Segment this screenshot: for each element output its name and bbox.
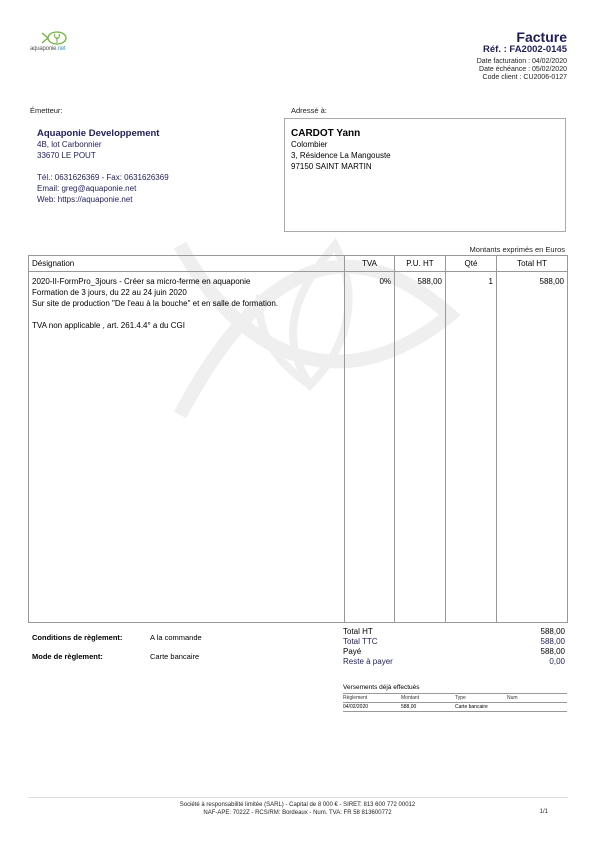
total-value: 588,00 [541,637,565,647]
sender-phone: Tél.: 0631626369 - Fax: 0631626369 [37,172,169,183]
footer-line1: Société à responsabilité limitée (SARL) … [0,801,595,809]
line-unit-price: 588,00 [395,272,446,623]
total-value: 588,00 [541,627,565,637]
line-tva: 0% [345,272,395,623]
due-date: Date échéance : 05/02/2020 [477,66,567,74]
currency-note: Montants exprimés en Euros [470,245,565,254]
recipient-line1: Colombier [291,139,391,150]
table-row: 2020-II-FormPro_3jours - Créer sa micro-… [29,272,568,623]
sender-block: Aquaponie Developpement 4B, lot Carbonni… [37,128,169,205]
remaining-row: Reste à payer0,00 [343,657,565,667]
payments-title: Versements déjà effectués [343,684,567,691]
total-label: Total HT [343,627,373,637]
logo-tld: .net [56,46,65,52]
totals-block: Total HT588,00 Total TTC588,00 Payé588,0… [343,627,565,667]
invoice-meta: Date facturation : 04/02/2020 Date échéa… [477,58,567,83]
sender-web: Web: https://aquaponie.net [37,194,169,205]
invoice-reference: Réf. : FA2002-0145 [483,44,567,55]
recipient-label: Adressé à: [291,106,327,115]
payment-type: Carte bancaire [455,703,507,712]
recipient-block: CARDOT Yann Colombier 3, Résidence La Ma… [291,128,391,172]
line-designation: 2020-II-FormPro_3jours - Créer sa micro-… [29,272,345,623]
paid-row: Payé588,00 [343,647,565,657]
table-header-row: Désignation TVA P.U. HT Qté Total HT [29,256,568,272]
payment-terms-value: A la commande [150,633,202,642]
total-label: Reste à payer [343,657,393,667]
payments-header-row: Règlement Montant Type Num [343,694,567,703]
designation-line: 2020-II-FormPro_3jours - Créer sa micro-… [32,276,341,287]
total-ttc-row: Total TTC588,00 [343,637,565,647]
col-total-ht: Total HT [497,256,568,272]
sender-label: Émetteur: [30,106,63,115]
line-total-ht: 588,00 [497,272,568,623]
document-title: Facture [516,29,567,45]
payment-terms-label: Conditions de règlement: [32,628,150,647]
payments-col-amount: Montant [401,694,455,703]
footer-legal: Société à responsabilité limitée (SARL) … [0,801,595,817]
recipient-name: CARDOT Yann [291,128,391,139]
client-code: Code client : CU2006-0127 [477,74,567,82]
sender-name: Aquaponie Developpement [37,128,169,139]
invoice-lines-table: Désignation TVA P.U. HT Qté Total HT 202… [28,255,568,623]
payments-col-date: Règlement [343,694,401,703]
payment-num [507,703,567,712]
invoice-date: Date facturation : 04/02/2020 [477,58,567,66]
col-tva: TVA [345,256,395,272]
payments-col-type: Type [455,694,507,703]
payments-col-num: Num [507,694,567,703]
total-value: 0,00 [549,657,565,667]
payment-amount: 588,00 [401,703,455,712]
sender-address1: 4B, lot Carbonnier [37,139,169,150]
designation-line: Sur site de production "De l'eau à la bo… [32,298,341,309]
payment-date: 04/02/2020 [343,703,401,712]
payments-block: Versements déjà effectués Règlement Mont… [343,684,567,712]
logo-text: aquaponie [30,46,56,52]
payments-table: Règlement Montant Type Num 04/02/2020 58… [343,693,567,712]
payment-conditions: Conditions de règlement:A la commande Mo… [32,628,202,666]
page-number: 1/1 [540,809,548,815]
recipient-line3: 97150 SAINT MARTIN [291,161,391,172]
footer-divider [28,797,568,798]
company-logo: aquaponie.net [30,30,80,56]
total-value: 588,00 [541,647,565,657]
designation-line: Formation de 3 jours, du 22 au 24 juin 2… [32,287,341,298]
total-label: Total TTC [343,637,378,647]
total-label: Payé [343,647,361,657]
payment-mode-label: Mode de règlement: [32,647,150,666]
fish-icon [30,30,80,46]
col-designation: Désignation [29,256,345,272]
sender-email: Email: greg@aquaponie.net [37,183,169,194]
footer-line2: NAF-APE: 7022Z - RCS/RM: Bordeaux - Num.… [0,809,595,817]
line-qty: 1 [446,272,497,623]
total-ht-row: Total HT588,00 [343,627,565,637]
col-unit-price: P.U. HT [395,256,446,272]
recipient-line2: 3, Résidence La Mangouste [291,150,391,161]
designation-line: TVA non applicable , art. 261.4.4° a du … [32,320,341,331]
col-qty: Qté [446,256,497,272]
payment-mode-value: Carte bancaire [150,652,199,661]
sender-address2: 33670 LE POUT [37,150,169,161]
table-row: 04/02/2020 588,00 Carte bancaire [343,703,567,712]
